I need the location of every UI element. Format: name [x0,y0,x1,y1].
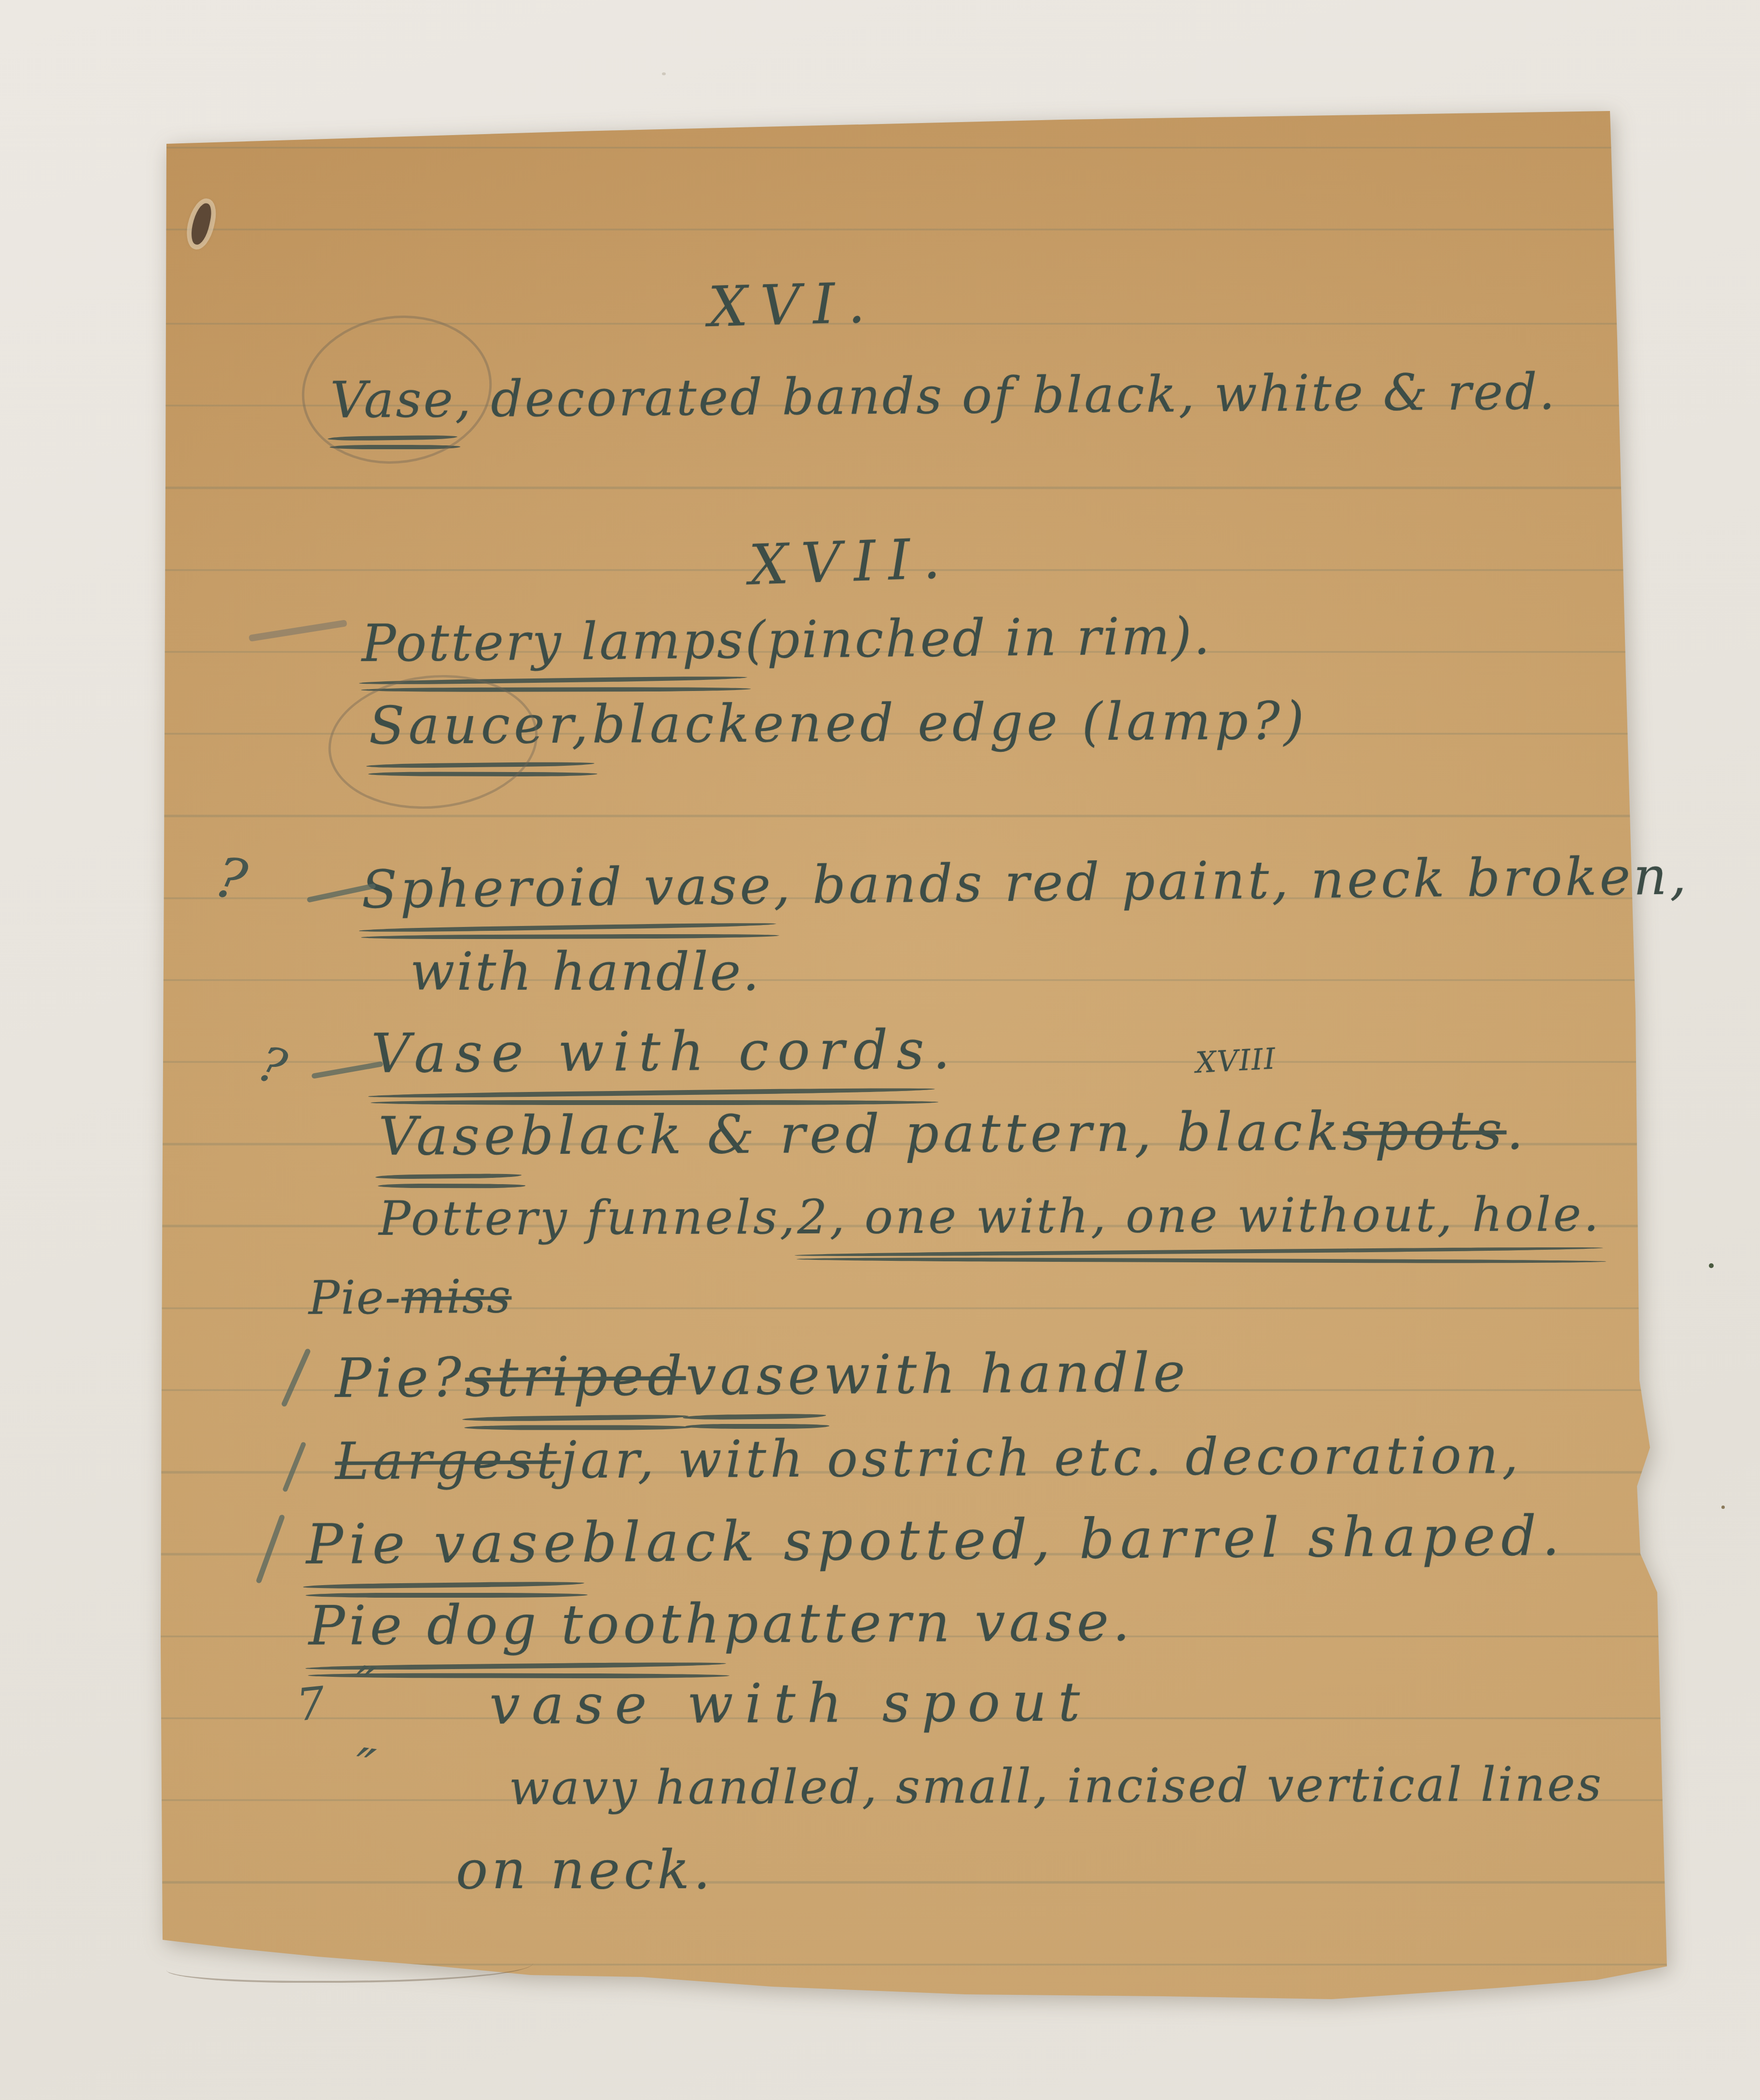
text-segment: Pie? [335,1346,465,1410]
text-segment: on neck. [456,1839,714,1901]
text-segment: XVII. [748,526,954,598]
text-segment: 2, one with, one without, hole. [797,1188,1601,1245]
text-segment: vase with spout [489,1671,1091,1737]
text-segment: striped [465,1345,686,1409]
text-segment: miss [401,1269,512,1324]
entry-vase-decorated: Vase, decorated bands of black, white & … [330,362,1557,429]
text-segment: . [1506,1099,1528,1161]
entry-with-handle: with handle. [410,942,761,1002]
text-segment: with handle. [410,942,761,1002]
text-segment: black spotted, barrel shaped. [581,1503,1566,1574]
text-segment: , bands red paint, neck broken, [773,846,1690,916]
margin-seven-mark: 7 [294,1677,328,1731]
entry-pie-vase-spotted: Pie vase black spotted, barrel shaped. [306,1503,1566,1576]
text-segment: Spheroid vase [361,856,774,920]
text-segment: Largest [335,1430,561,1491]
text-segment: pattern vase. [724,1590,1134,1655]
entry-wavy-handled: wavy handled, small, incised vertical li… [509,1757,1604,1816]
background-speck [662,72,666,75]
text-segment: Pie dog tooth [308,1593,724,1658]
text-segment: Pottery funnels, [379,1190,797,1246]
entry-pottery-funnels: Pottery funnels, 2, one with, one withou… [379,1188,1601,1247]
heading-xvi: XVI. [707,271,878,340]
text-segment: Pie- [308,1270,402,1325]
background-speck [1721,1506,1725,1509]
scanned-document-photo: { "document": { "kind": "handwritten arc… [0,0,1760,2100]
text-segment: XVI. [707,271,878,340]
text-segment: XVIII [1195,1042,1277,1080]
entry-pottery-lamps: Pottery lamps (pinched in rim). [361,606,1212,673]
entry-pie-miss: Pie- miss [308,1269,512,1325]
entry-vase-with-cords: Vase with cords. [371,1019,959,1085]
text-segment: , decorated bands of black, white & red. [455,362,1557,428]
text-segment: vase [686,1344,824,1408]
text-segment: Pie vase [306,1510,582,1576]
text-segment: Vase [378,1105,520,1167]
text-segment: spots [1343,1099,1506,1162]
text-segment: black & red pattern, black [520,1100,1343,1166]
entry-on-neck: on neck. [456,1839,714,1901]
text-segment: blackened edge (lamp?) [592,691,1308,755]
entry-pie-dogtooth: Pie dog tooth pattern vase. [308,1590,1134,1658]
text-segment: with handle [824,1341,1189,1407]
entry-vase-black-red: Vase black & red pattern, black spots. [378,1099,1527,1167]
text-segment: Vase with cords [371,1019,933,1085]
entry-largest-jar: Largest jar, with ostrich etc. decoratio… [335,1425,1522,1491]
entry-pie-striped-vase: Pie? striped vase with handle [335,1341,1189,1410]
text-segment: jar, with ostrich etc. decoration, [561,1425,1522,1490]
heading-xvii: XVII. [748,526,954,598]
note-xviii: XVIII [1195,1042,1277,1080]
text-segment: wavy handled, small, incised vertical li… [509,1757,1604,1816]
entry-vase-with-spout: vase with spout [489,1671,1091,1737]
text-segment: (pinched in rim). [745,606,1212,669]
background-speck [1709,1263,1714,1268]
text-segment: . [933,1019,959,1081]
text-segment: Pottery lamps [361,610,745,673]
